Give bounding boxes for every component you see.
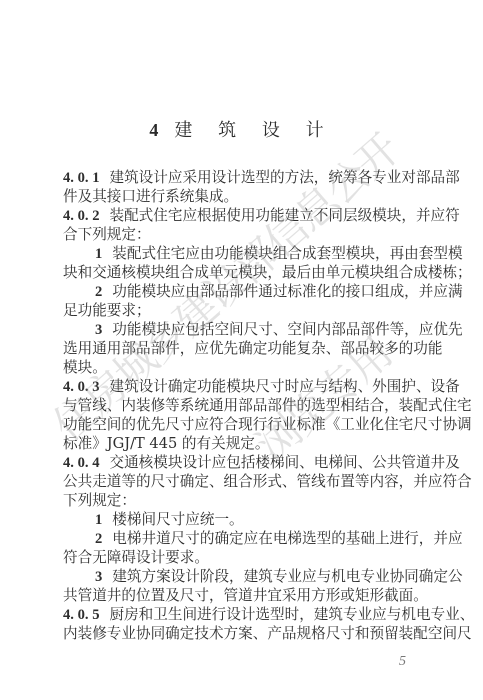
clause-number: 4. 0. 4 [63, 455, 99, 471]
text-line: 件及其接口进行系统集成。 [63, 187, 421, 206]
text-line: 符合无障碍设计要求。 [63, 548, 421, 567]
clause-number: 4. 0. 2 [63, 208, 99, 224]
text-line: 4. 0. 3建筑设计确定功能模块尺寸时应与结构、外围护、设备 [63, 377, 421, 396]
text-line: 共管道井的位置及尺寸，管道井宜采用方形或矩形截面。 [63, 586, 421, 605]
body-text: 4. 0. 1建筑设计应采用设计选型的方法，统筹各专业对部品部 件及其接口进行系… [63, 168, 421, 643]
item-number: 3 [95, 569, 102, 585]
clause-number: 4. 0. 3 [63, 379, 99, 395]
text-line: 功能空间的优先尺寸应符合现行行业标准《工业化住宅尺寸协调 [63, 415, 421, 434]
text-line: 内装修专业协同确定技术方案、产品规格尺寸和预留装配空间尺 [63, 624, 421, 643]
chapter-number: 4 [149, 120, 158, 140]
text-line: 4. 0. 1建筑设计应采用设计选型的方法，统筹各专业对部品部 [63, 168, 421, 187]
text-line: 4. 0. 2装配式住宅应根据使用功能建立不同层级模块，并应符 [63, 206, 421, 225]
text-line: 公共走道等的尺寸确定、组合形式、管线布置等内容，并应符合 [63, 472, 421, 491]
chapter-title: 4建 筑 设 计 [0, 118, 483, 143]
text-line: 合下列规定： [63, 225, 421, 244]
document-page: 4建 筑 设 计 4. 0. 1建筑设计应采用设计选型的方法，统筹各专业对部品部… [0, 0, 483, 700]
item-number: 3 [95, 322, 102, 338]
text-line: 块和交通核模块组合成单元模块，最后由单元模块组合成楼栋； [63, 263, 421, 282]
item-number: 1 [95, 246, 102, 262]
item-number: 2 [95, 284, 102, 300]
text-line: 足功能要求； [63, 301, 421, 320]
clause-number: 4. 0. 5 [63, 607, 99, 623]
clause-number: 4. 0. 1 [63, 170, 99, 186]
text-line: 3建筑方案设计阶段，建筑专业应与机电专业协同确定公 [63, 567, 421, 586]
text-line: 1装配式住宅应由功能模块组合成套型模块，再由套型模 [63, 244, 421, 263]
text-line: 模块。 [63, 358, 421, 377]
chapter-heading: 建 筑 设 计 [174, 120, 333, 141]
item-number: 2 [95, 531, 102, 547]
text-line: 与管线、内装修等系统通用部品部件的选型相结合，装配式住宅 [63, 396, 421, 415]
text-line: 选用通用部品部件，应优先确定功能复杂、部品较多的功能 [63, 339, 421, 358]
text-line: 2功能模块应由部品部件通过标准化的接口组成，并应满 [63, 282, 421, 301]
text-line: 1楼梯间尺寸应统一。 [63, 510, 421, 529]
text-line: 标准》JGJ/T 445 的有关规定。 [63, 434, 421, 453]
page-number: 5 [399, 654, 406, 670]
text-line: 4. 0. 5厨房和卫生间进行设计选型时，建筑专业应与机电专业、 [63, 605, 421, 624]
item-number: 1 [95, 512, 102, 528]
text-line: 3功能模块应包括空间尺寸、空间内部品部件等，应优先 [63, 320, 421, 339]
text-line: 2电梯井道尺寸的确定应在电梯选型的基础上进行，并应 [63, 529, 421, 548]
text-line: 4. 0. 4交通核模块设计应包括楼梯间、电梯间、公共管道井及 [63, 453, 421, 472]
text-line: 下列规定： [63, 491, 421, 510]
